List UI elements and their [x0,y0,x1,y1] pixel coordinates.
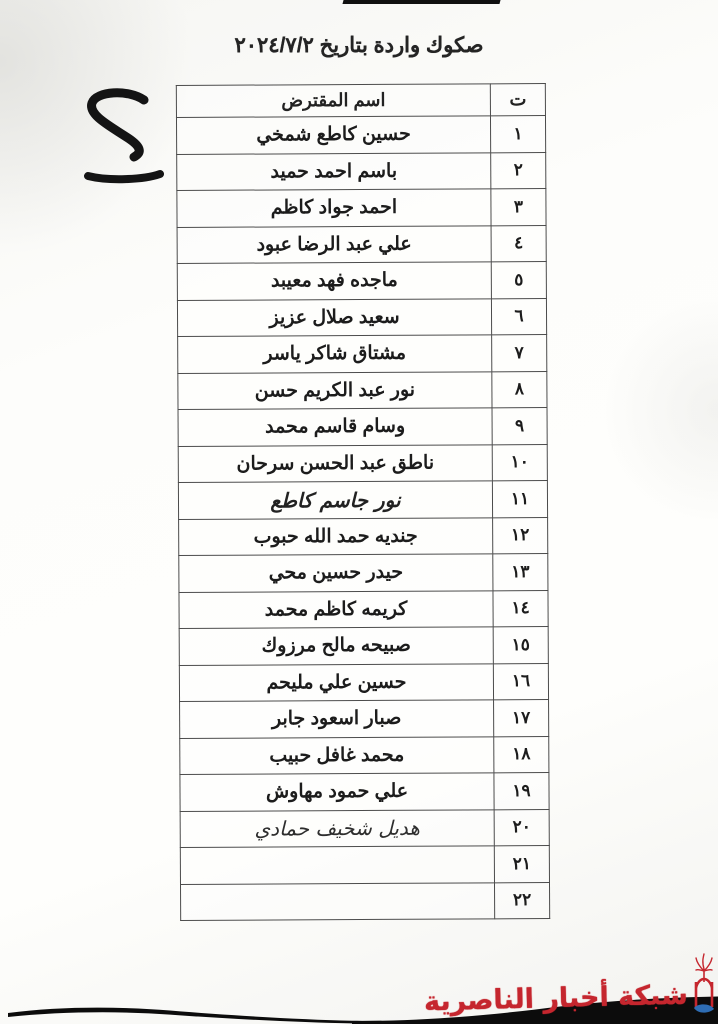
borrower-name-cell: علي حمود مهاوش [180,773,494,811]
borrower-name-cell: علي عبد الرضا عبود [177,225,491,263]
table-row: ٩وسام قاسم محمد [178,408,547,446]
row-number-cell: ١١ [492,481,547,518]
borrower-name-cell: محمد غافل حبيب [180,736,494,774]
column-header-index: ت [490,84,545,116]
scan-edge-top [342,0,500,4]
table-row: ٥ماجده فهد معيبد [177,262,546,300]
borrower-name-cell: وسام قاسم محمد [178,408,492,446]
table-row: ١٥صبيحه مالح مرزوك [179,627,548,665]
borrower-name-cell: احمد جواد كاظم [177,189,491,227]
row-number-cell: ٧ [492,335,547,372]
row-number-cell: ٨ [492,371,547,408]
row-number-cell: ٣ [491,189,546,226]
borrower-name-cell: كريمه كاظم محمد [179,590,493,628]
table-row: ١٦حسين علي مليحم [179,663,548,701]
table-row: ١٢جنديه حمد الله حبوب [179,517,548,555]
row-number-cell: ١٩ [494,773,549,810]
borrower-name-cell: نور عبد الكريم حسن [178,371,492,409]
table-row: ١٤كريمه كاظم محمد [179,590,548,628]
borrower-name-cell: صبار اسعود جابر [180,700,494,738]
row-number-cell: ٤ [491,225,546,262]
handwritten-margin-mark [48,86,178,196]
table-row: ٢باسم احمد حميد [177,152,546,190]
row-number-cell: ٩ [492,408,547,445]
borrower-name-cell: هديل شخيف حمادي [180,809,494,847]
table-row: ٧مشتاق شاكر ياسر [178,335,547,373]
table-row: ١٩علي حمود مهاوش [180,773,549,811]
row-number-cell: ١٧ [494,700,549,737]
row-number-cell: ١٢ [493,517,548,554]
row-number-cell: ١٠ [492,444,547,481]
borrower-name-cell: حيدر حسين محي [179,554,493,592]
row-number-cell: ٢١ [494,846,549,883]
scanned-page: صكوك واردة بتاريخ ٢٠٢٤/٧/٢ ت اسم المقترض… [0,0,718,1024]
table-row: ٢١ [180,846,549,884]
table-row: ١٨محمد غافل حبيب [180,736,549,774]
borrower-name-cell: صبيحه مالح مرزوك [179,627,493,665]
row-number-cell: ١٦ [493,663,548,700]
monument-emblem-icon [692,952,716,1016]
row-number-cell: ١٨ [494,736,549,773]
table-row: ١٧صبار اسعود جابر [180,700,549,738]
row-number-cell: ٢٠ [494,809,549,846]
row-number-cell: ٢٢ [494,882,549,919]
borrower-name-cell: ماجده فهد معيبد [177,262,491,300]
row-number-cell: ٥ [491,262,546,299]
borrower-name-cell: نور جاسم كاطع [178,481,492,519]
row-number-cell: ٦ [491,298,546,335]
row-number-cell: ١٥ [493,627,548,664]
row-number-cell: ٢ [491,152,546,189]
table-header: ت اسم المقترض [176,84,545,118]
borrower-name-cell: باسم احمد حميد [177,152,491,190]
column-header-borrower-name: اسم المقترض [176,84,490,118]
borrowers-table: ت اسم المقترض ١حسين كاطع شمخي٢باسم احمد … [176,83,550,921]
borrower-name-cell [180,882,494,920]
borrower-name-cell [180,846,494,884]
document-title: صكوك واردة بتاريخ ٢٠٢٤/٧/٢ [0,33,718,58]
table-row: ٢٢ [180,882,549,920]
table-row: ٢٠هديل شخيف حمادي [180,809,549,847]
table-row: ٣احمد جواد كاظم [177,189,546,227]
borrower-name-cell: حسين علي مليحم [179,663,493,701]
row-number-cell: ١ [490,116,545,153]
table-row: ١٣حيدر حسين محي [179,554,548,592]
row-number-cell: ١٤ [493,590,548,627]
header-row: ت اسم المقترض [176,84,545,118]
table-row: ١٠ناطق عبد الحسن سرحان [178,444,547,482]
borrower-name-cell: حسين كاطع شمخي [176,116,490,154]
table-row: ٨نور عبد الكريم حسن [178,371,547,409]
table-row: ٤علي عبد الرضا عبود [177,225,546,263]
borrower-name-cell: مشتاق شاكر ياسر [178,335,492,373]
borrower-name-cell: ناطق عبد الحسن سرحان [178,444,492,482]
table-row: ١١نور جاسم كاطع [178,481,547,519]
row-number-cell: ١٣ [493,554,548,591]
borrower-name-cell: جنديه حمد الله حبوب [179,517,493,555]
borrower-name-cell: سعيد صلال عزيز [177,298,491,336]
table-row: ١حسين كاطع شمخي [176,116,545,154]
table-row: ٦سعيد صلال عزيز [177,298,546,336]
table-body: ١حسين كاطع شمخي٢باسم احمد حميد٣احمد جواد… [176,116,549,921]
